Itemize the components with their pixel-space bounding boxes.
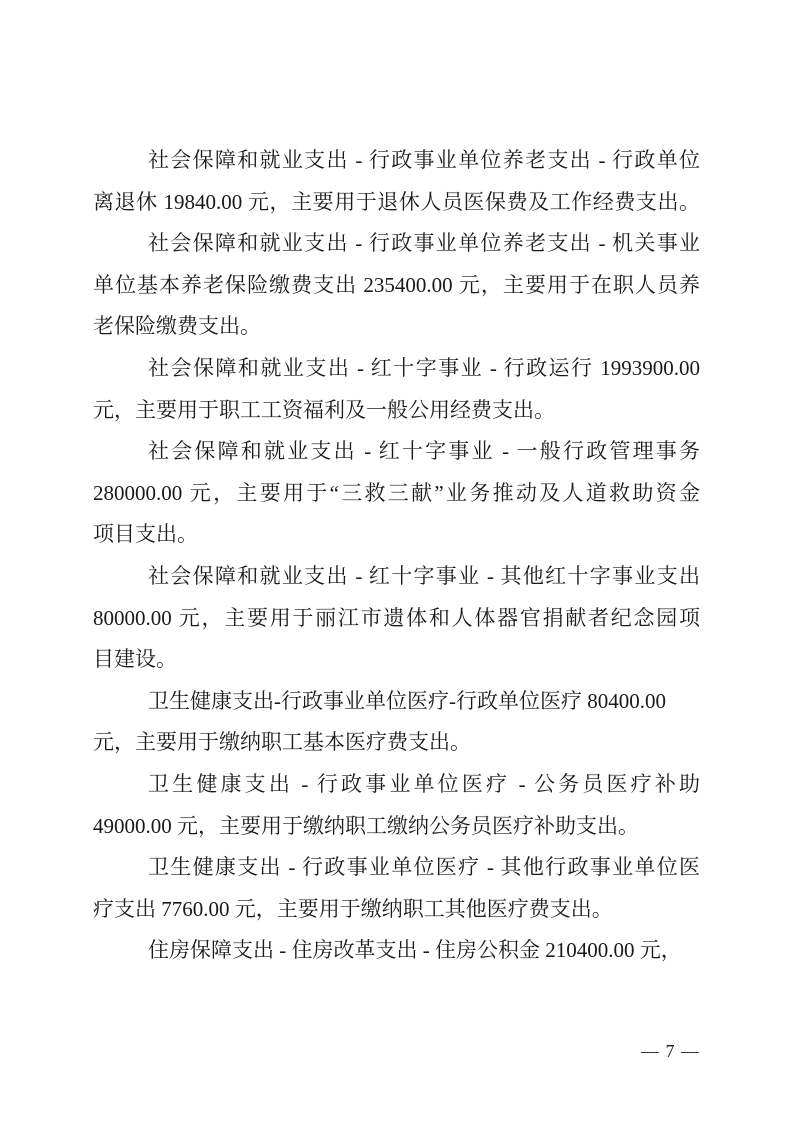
paragraph: 社会保障和就业支出 - 行政事业单位养老支出 - 机关事业 单位基本养老保险缴费… bbox=[93, 223, 700, 348]
text-line: 社会保障和就业支出 - 红十字事业 - 行政运行 1993900.00 bbox=[93, 348, 700, 390]
text-line: 离退休 19840.00 元，主要用于退休人员医保费及工作经费支出。 bbox=[93, 182, 700, 224]
paragraph: 卫生健康支出 - 行政事业单位医疗 - 其他行政事业单位医 疗支出 7760.0… bbox=[93, 847, 700, 930]
paragraph: 社会保障和就业支出 - 红十字事业 - 一般行政管理事务 280000.00 元… bbox=[93, 431, 700, 556]
text-line: 社会保障和就业支出 - 行政事业单位养老支出 - 行政单位 bbox=[93, 140, 700, 182]
text-line: 80000.00 元，主要用于丽江市遗体和人体器官捐献者纪念园项 bbox=[93, 598, 700, 640]
paragraph: 卫生健康支出 - 行政事业单位医疗 - 公务员医疗补助 49000.00 元，主… bbox=[93, 764, 700, 847]
text-line: 社会保障和就业支出 - 红十字事业 - 一般行政管理事务 bbox=[93, 431, 700, 473]
text-line: 280000.00 元，主要用于“三救三献”业务推动及人道救助资金 bbox=[93, 473, 700, 515]
text-line: 单位基本养老保险缴费支出 235400.00 元，主要用于在职人员养 bbox=[93, 265, 700, 307]
text-line: 元，主要用于缴纳职工基本医疗费支出。 bbox=[93, 722, 700, 764]
text-line: 疗支出 7760.00 元，主要用于缴纳职工其他医疗费支出。 bbox=[93, 889, 700, 931]
text-line: 老保险缴费支出。 bbox=[93, 306, 700, 348]
text-line: 卫生健康支出-行政事业单位医疗-行政单位医疗 80400.00 bbox=[93, 681, 700, 723]
text-line: 住房保障支出 - 住房改革支出 - 住房公积金 210400.00 元， bbox=[93, 930, 700, 972]
text-line: 社会保障和就业支出 - 行政事业单位养老支出 - 机关事业 bbox=[93, 223, 700, 265]
paragraph: 住房保障支出 - 住房改革支出 - 住房公积金 210400.00 元， bbox=[93, 930, 700, 972]
text-line: 目建设。 bbox=[93, 639, 700, 681]
page-number: — 7 — bbox=[93, 1037, 700, 1065]
body-text: 社会保障和就业支出 - 行政事业单位养老支出 - 行政单位 离退休 19840.… bbox=[93, 140, 700, 972]
text-line: 项目支出。 bbox=[93, 514, 700, 556]
paragraph: 卫生健康支出-行政事业单位医疗-行政单位医疗 80400.00 元，主要用于缴纳… bbox=[93, 681, 700, 764]
text-line: 卫生健康支出 - 行政事业单位医疗 - 公务员医疗补助 bbox=[93, 764, 700, 806]
paragraph: 社会保障和就业支出 - 行政事业单位养老支出 - 行政单位 离退休 19840.… bbox=[93, 140, 700, 223]
paragraph: 社会保障和就业支出 - 红十字事业 - 其他红十字事业支出 80000.00 元… bbox=[93, 556, 700, 681]
text-line: 卫生健康支出 - 行政事业单位医疗 - 其他行政事业单位医 bbox=[93, 847, 700, 889]
text-line: 元，主要用于职工工资福利及一般公用经费支出。 bbox=[93, 390, 700, 432]
text-line: 社会保障和就业支出 - 红十字事业 - 其他红十字事业支出 bbox=[93, 556, 700, 598]
paragraph: 社会保障和就业支出 - 红十字事业 - 行政运行 1993900.00 元，主要… bbox=[93, 348, 700, 431]
document-page: 社会保障和就业支出 - 行政事业单位养老支出 - 行政单位 离退休 19840.… bbox=[0, 0, 793, 1122]
text-line: 49000.00 元，主要用于缴纳职工缴纳公务员医疗补助支出。 bbox=[93, 806, 700, 848]
